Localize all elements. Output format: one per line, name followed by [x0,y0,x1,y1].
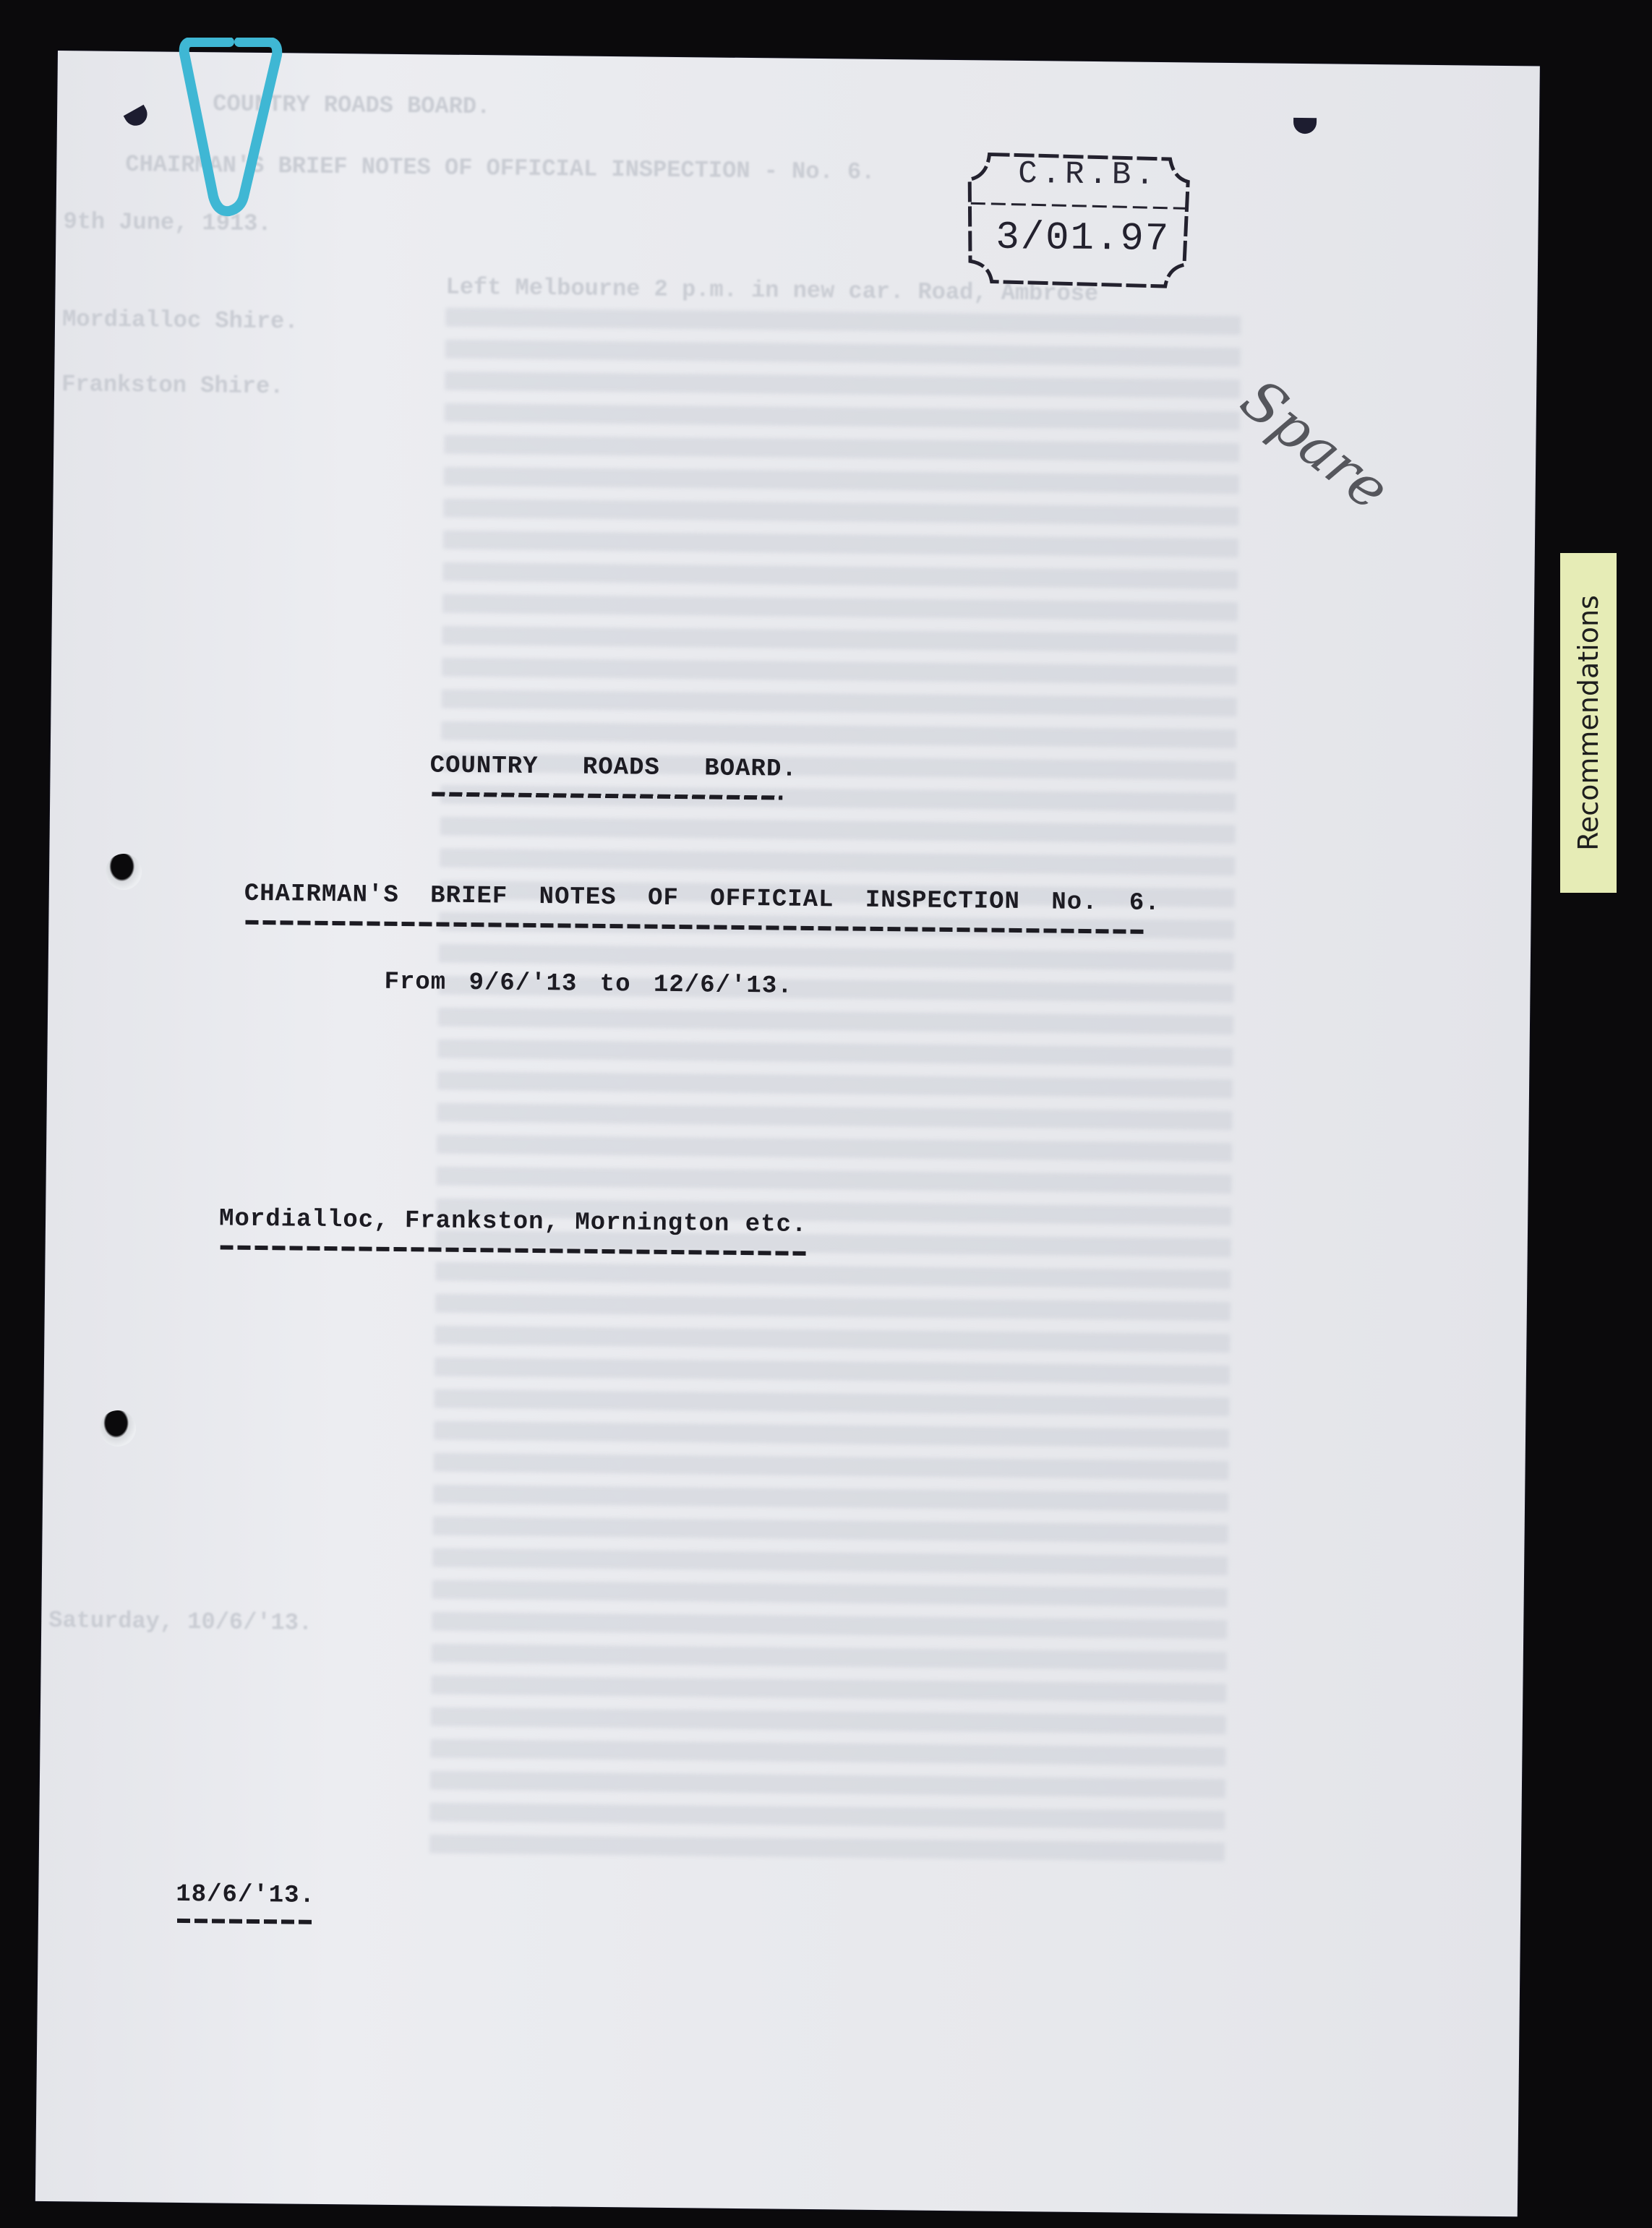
punch-hole-bottom [100,1410,137,1447]
show-through-margin-2: Frankston Shire. [61,369,284,402]
sticky-note-tab: Recommendations [1560,553,1617,893]
handwritten-spare-note: Spare [1228,367,1400,523]
stamp-line-1: C.R.B. [1018,156,1159,194]
staple-mark-right [1293,118,1317,134]
show-through-body-block [429,308,1241,1870]
stamp-line-2: 3/01.97 [996,216,1170,262]
sticky-note-label: Recommendations [1572,595,1604,851]
date-signed-underline [177,1919,314,1924]
show-through-margin-1: Mordialloc Shire. [62,304,299,337]
locations-line: Mordialloc, Frankston, Mornington etc. [219,1205,808,1239]
show-through-margin-3: Saturday, 10/6/'13. [48,1605,312,1639]
paper-clip-icon [177,38,293,226]
punch-hole-top [106,854,142,891]
crb-received-stamp: C.R.B. 3/01.97 [963,147,1196,294]
date-signed: 18/6/'13. [176,1881,315,1910]
date-range: From 9/6/'13 to 12/6/'13. [384,969,792,1001]
organisation-heading: COUNTRY ROADS BOARD. [429,752,797,783]
staple-mark-left [124,105,152,130]
document-page: COUNTRY ROADS BOARD. CHAIRMAN'S BRIEF NO… [35,51,1540,2216]
